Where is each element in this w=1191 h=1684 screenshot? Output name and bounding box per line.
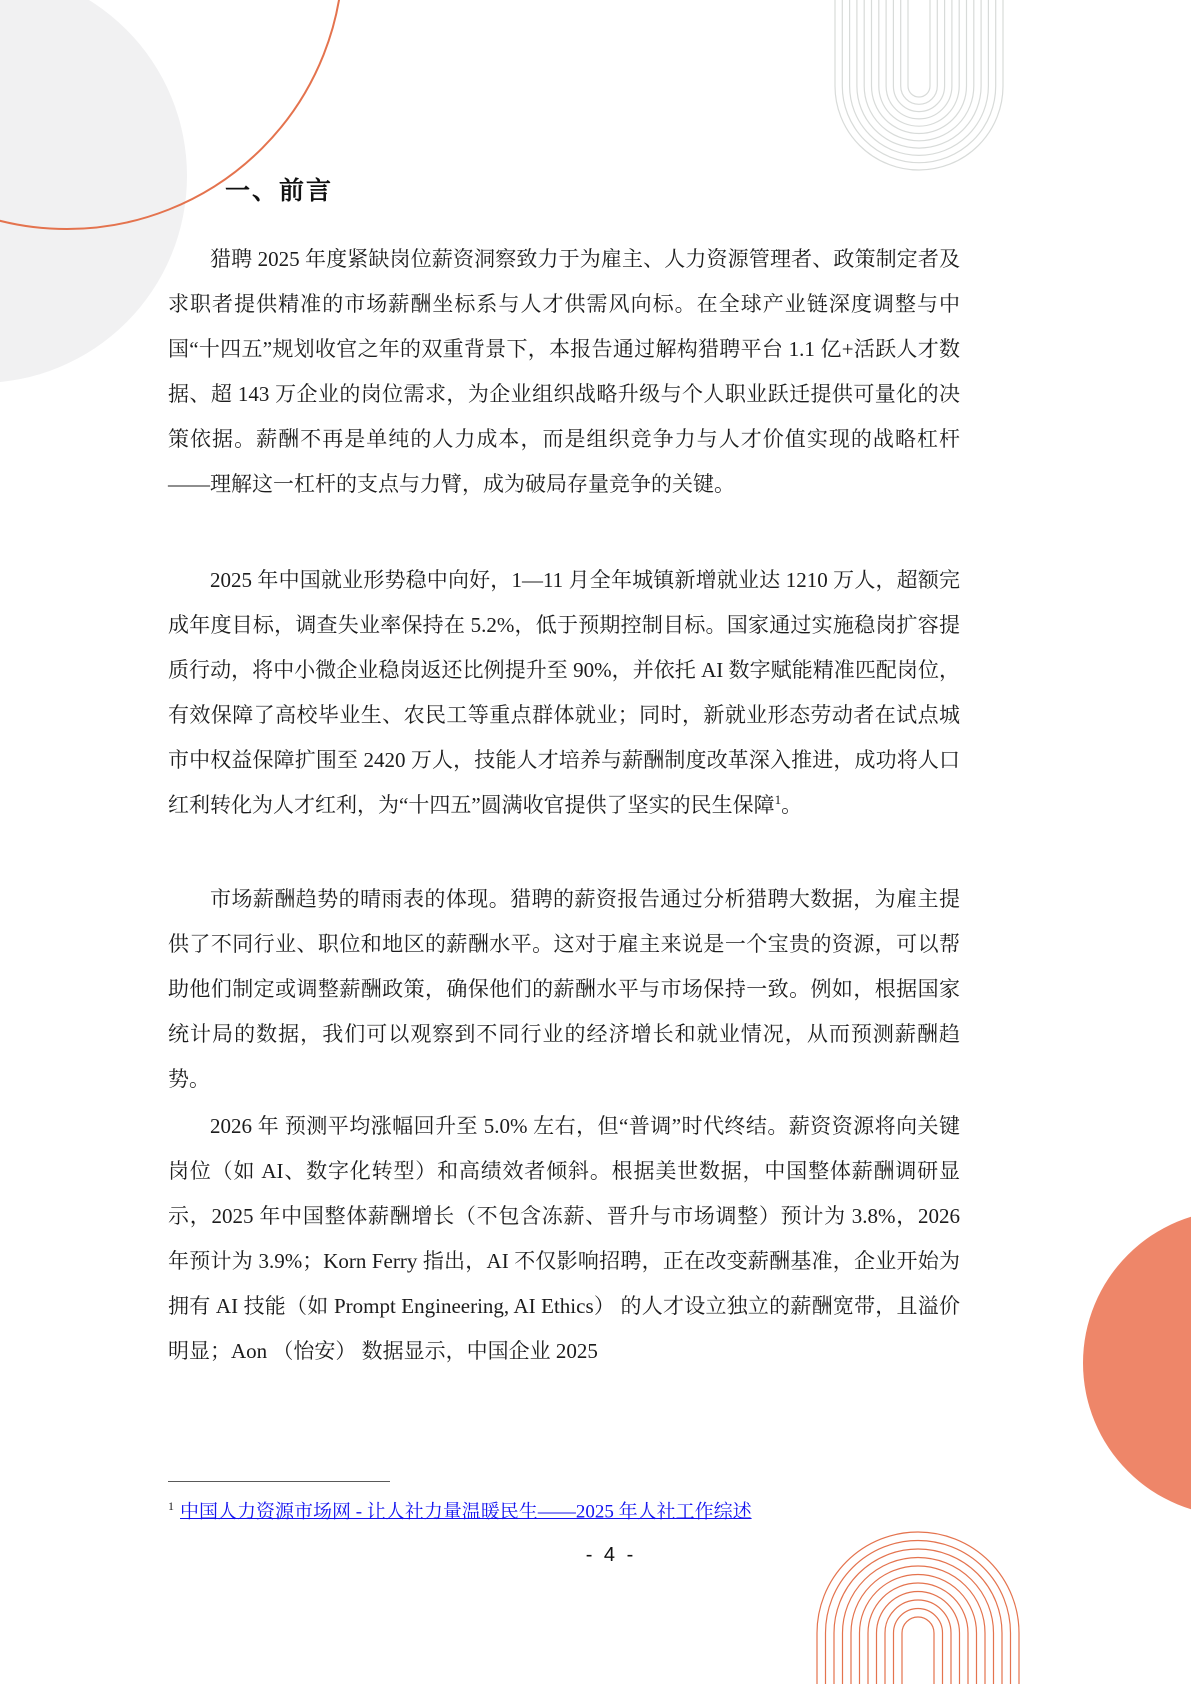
- footnote: 1中国人力资源市场网 - 让人社力量温暖民生——2025 年人社工作综述: [168, 1492, 968, 1526]
- paragraph-3: 市场薪酬趋势的晴雨表的体现。猎聘的薪资报告通过分析猎聘大数据，为雇主提供了不同行…: [168, 877, 960, 1102]
- content-layer: 一、前言 猎聘 2025 年度紧缺岗位薪资洞察致力于为雇主、人力资源管理者、政策…: [0, 0, 1191, 1684]
- footnote-separator-line: [168, 1481, 390, 1482]
- paragraph-2-text: 2025 年中国就业形势稳中向好，1—11 月全年城镇新增就业达 1210 万人…: [168, 568, 960, 817]
- paragraph-2: 2025 年中国就业形势稳中向好，1—11 月全年城镇新增就业达 1210 万人…: [168, 558, 960, 828]
- paragraph-2-period: 。: [781, 793, 802, 817]
- footnote-marker: 1: [168, 1499, 174, 1513]
- paragraph-1: 猎聘 2025 年度紧缺岗位薪资洞察致力于为雇主、人力资源管理者、政策制定者及求…: [168, 237, 960, 507]
- page-number: - 4 -: [561, 1544, 661, 1567]
- paragraph-4: 2026 年 预测平均涨幅回升至 5.0% 左右，但“普调”时代终结。薪资资源将…: [168, 1104, 960, 1374]
- document-page: 一、前言 猎聘 2025 年度紧缺岗位薪资洞察致力于为雇主、人力资源管理者、政策…: [0, 0, 1191, 1684]
- footnote-link[interactable]: 中国人力资源市场网 - 让人社力量温暖民生——2025 年人社工作综述: [180, 1501, 752, 1522]
- section-heading: 一、前言: [225, 171, 333, 207]
